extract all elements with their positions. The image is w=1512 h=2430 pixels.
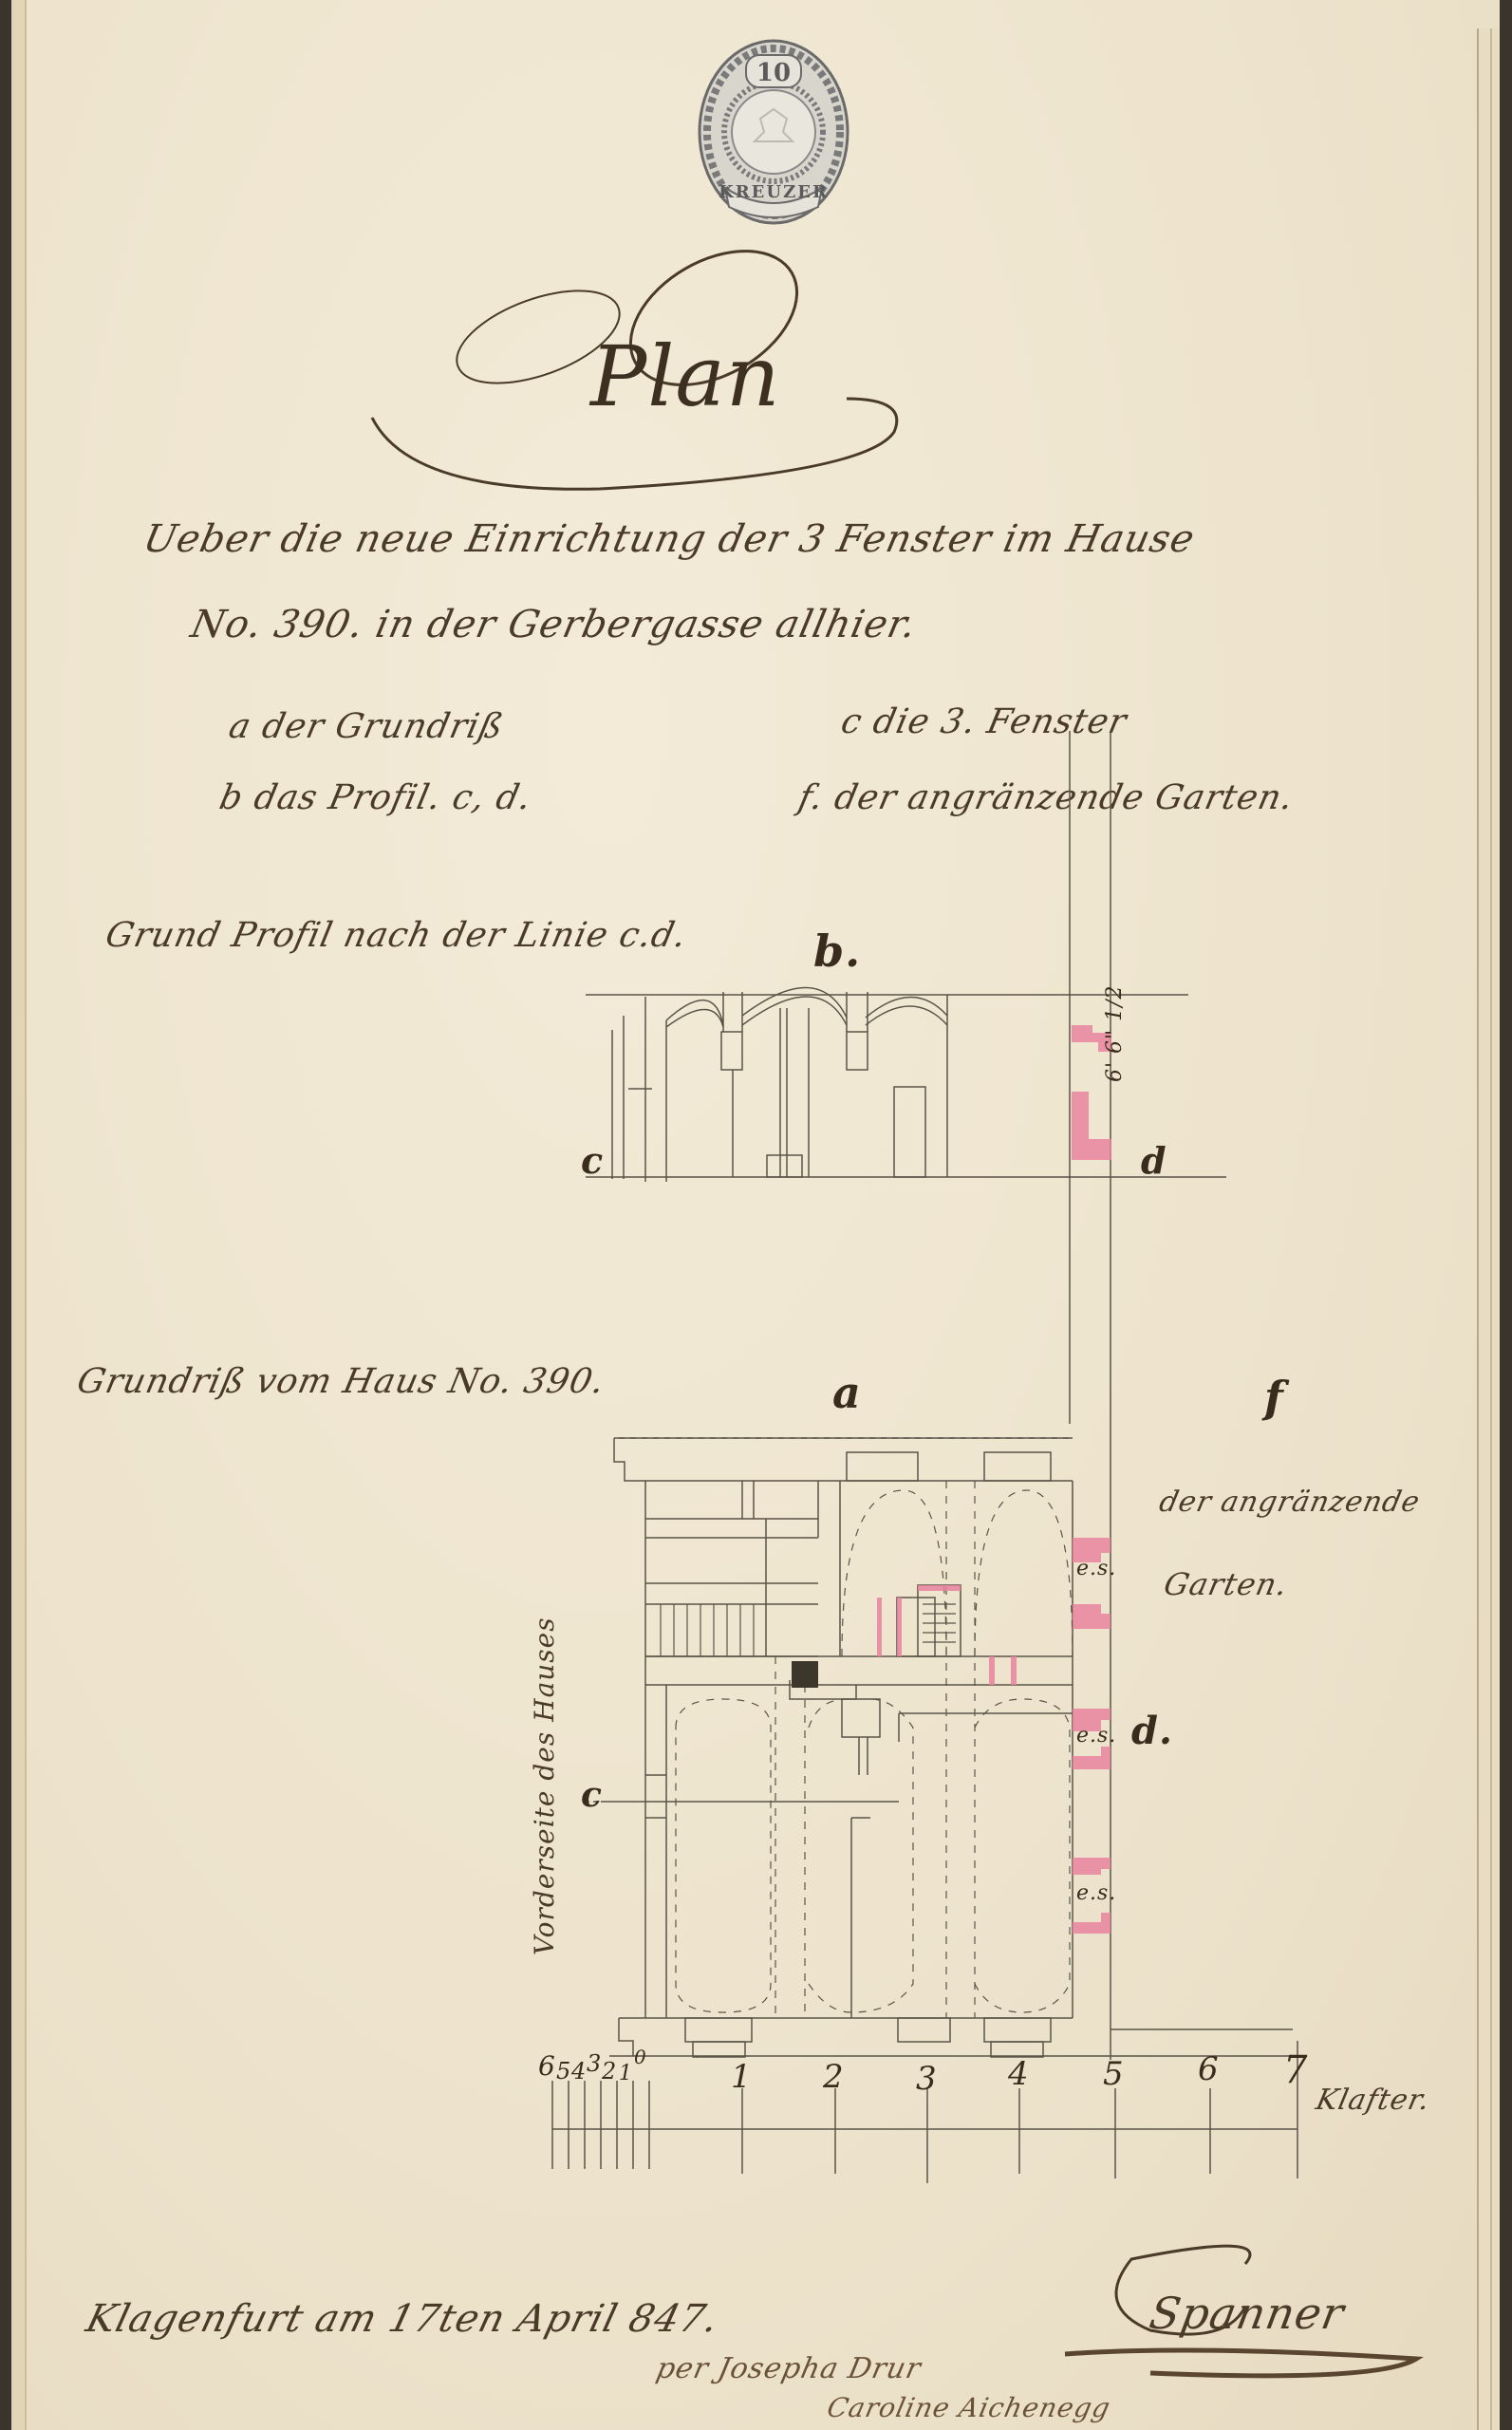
scale-tick-1-left: 1 — [619, 2062, 632, 2085]
scale-tick-2-left: 2 — [602, 2058, 616, 2084]
scale-tick-6: 6 — [1198, 2050, 1219, 2088]
scale-tick-6-left: 6 — [538, 2050, 555, 2082]
profile-point-d: d — [1141, 1139, 1167, 1182]
profile-point-c: c — [581, 1139, 604, 1182]
document-page: 10 KREUZER Plan Ueber die neue Einrichtu… — [11, 0, 1500, 2430]
window-mark-1: e.s. — [1076, 1557, 1116, 1580]
scale-tick-4: 4 — [1008, 2055, 1029, 2093]
plan-label-f: f — [1264, 1372, 1284, 1423]
profile-dimension: 6' 6" 1/2 — [1103, 984, 1127, 1082]
plan-label-a: a — [832, 1367, 862, 1418]
signature-main: Spanner — [1146, 2288, 1348, 2339]
garden-label-1: der angränzende — [1156, 1486, 1423, 1519]
scale-tick-2: 2 — [823, 2058, 844, 2096]
chimney-block — [792, 1661, 818, 1688]
scale-unit: Klafter. — [1313, 2084, 1433, 2117]
garden-label-2: Garten. — [1161, 1566, 1292, 1602]
scale-tick-0: 0 — [634, 2046, 646, 2068]
scale-tick-5: 5 — [1103, 2055, 1124, 2093]
signature-second: Caroline Aichenegg — [824, 2392, 1113, 2423]
signature-per: per Josepha Drur — [653, 2352, 924, 2385]
scale-tick-1: 1 — [731, 2058, 752, 2096]
scale-tick-7: 7 — [1283, 2048, 1307, 2092]
place-date: Klagenfurt am 17ten April 847. — [82, 2297, 723, 2341]
window-mark-3: e.s. — [1076, 1881, 1116, 1905]
plan-side-label: Vorderseite des Hauses — [529, 1617, 560, 1955]
plan-point-d: d. — [1131, 1709, 1173, 1753]
window-mark-2: e.s. — [1076, 1724, 1116, 1748]
scale-tick-3: 3 — [916, 2060, 937, 2098]
architectural-drawing — [11, 0, 1500, 2430]
plan-caption: Grundriß vom Haus No. 390. — [74, 1362, 608, 1401]
scale-tick-5-left: 5 — [556, 2058, 570, 2084]
scale-tick-4-left: 4 — [571, 2058, 586, 2084]
scale-tick-3-left: 3 — [587, 2050, 601, 2077]
plan-point-c: c — [581, 1775, 603, 1815]
